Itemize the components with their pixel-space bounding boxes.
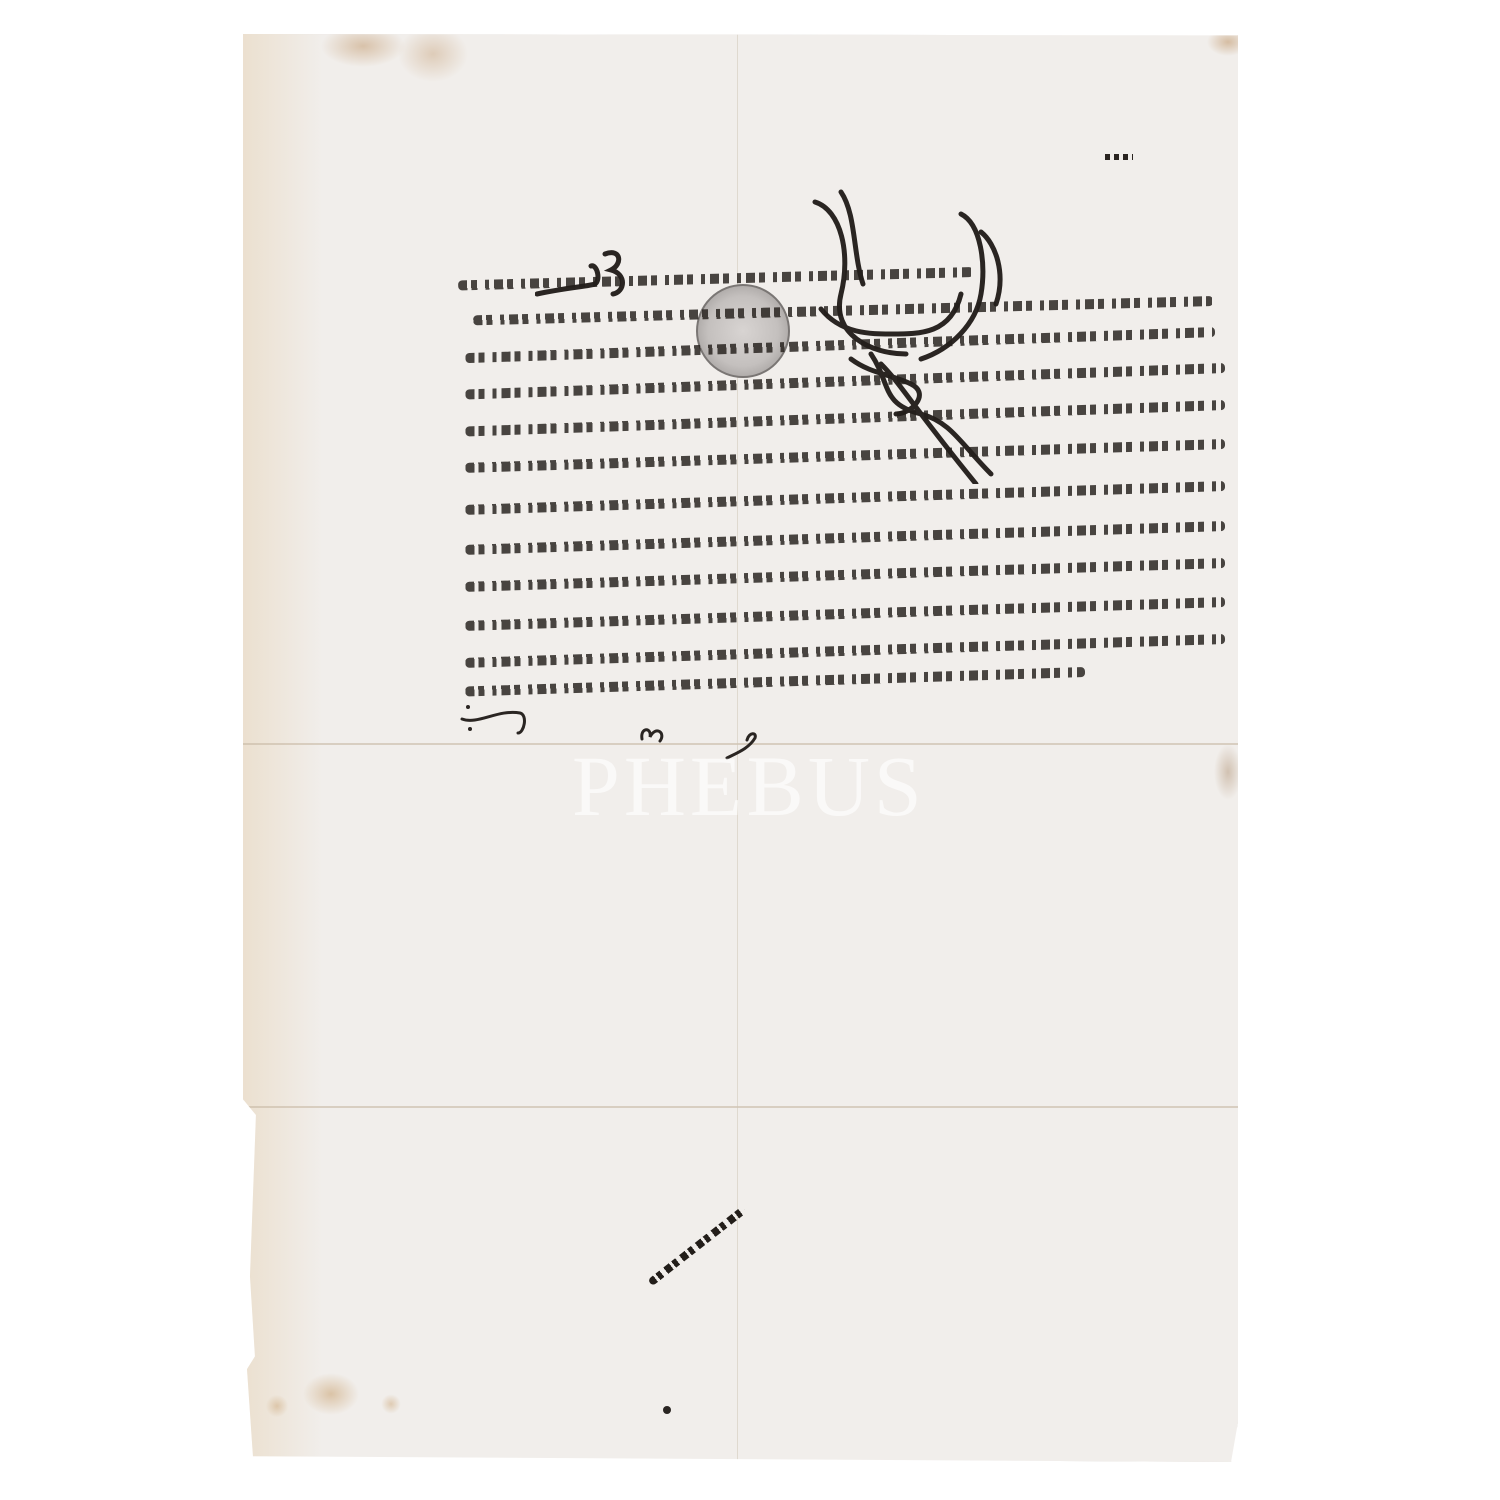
bottom-ink-mark bbox=[663, 1406, 671, 1414]
circular-seal bbox=[696, 284, 790, 378]
body-text-line-8 bbox=[465, 521, 1225, 555]
invocation-glyph-icon bbox=[535, 244, 635, 304]
top-right-marking bbox=[1105, 154, 1133, 160]
body-text-line-10 bbox=[465, 597, 1225, 631]
manuscript-paper bbox=[243, 34, 1238, 1462]
signature-right bbox=[723, 722, 763, 762]
body-text-line-11 bbox=[465, 634, 1225, 668]
body-text-line-7 bbox=[465, 481, 1225, 515]
horizontal-fold-line-lower bbox=[243, 1106, 1238, 1108]
signature-middle bbox=[638, 719, 668, 749]
bottom-diagonal-note bbox=[648, 1206, 747, 1286]
body-text-line-9 bbox=[465, 558, 1225, 592]
signature-left bbox=[458, 699, 538, 739]
body-text-line-12 bbox=[465, 667, 1085, 696]
